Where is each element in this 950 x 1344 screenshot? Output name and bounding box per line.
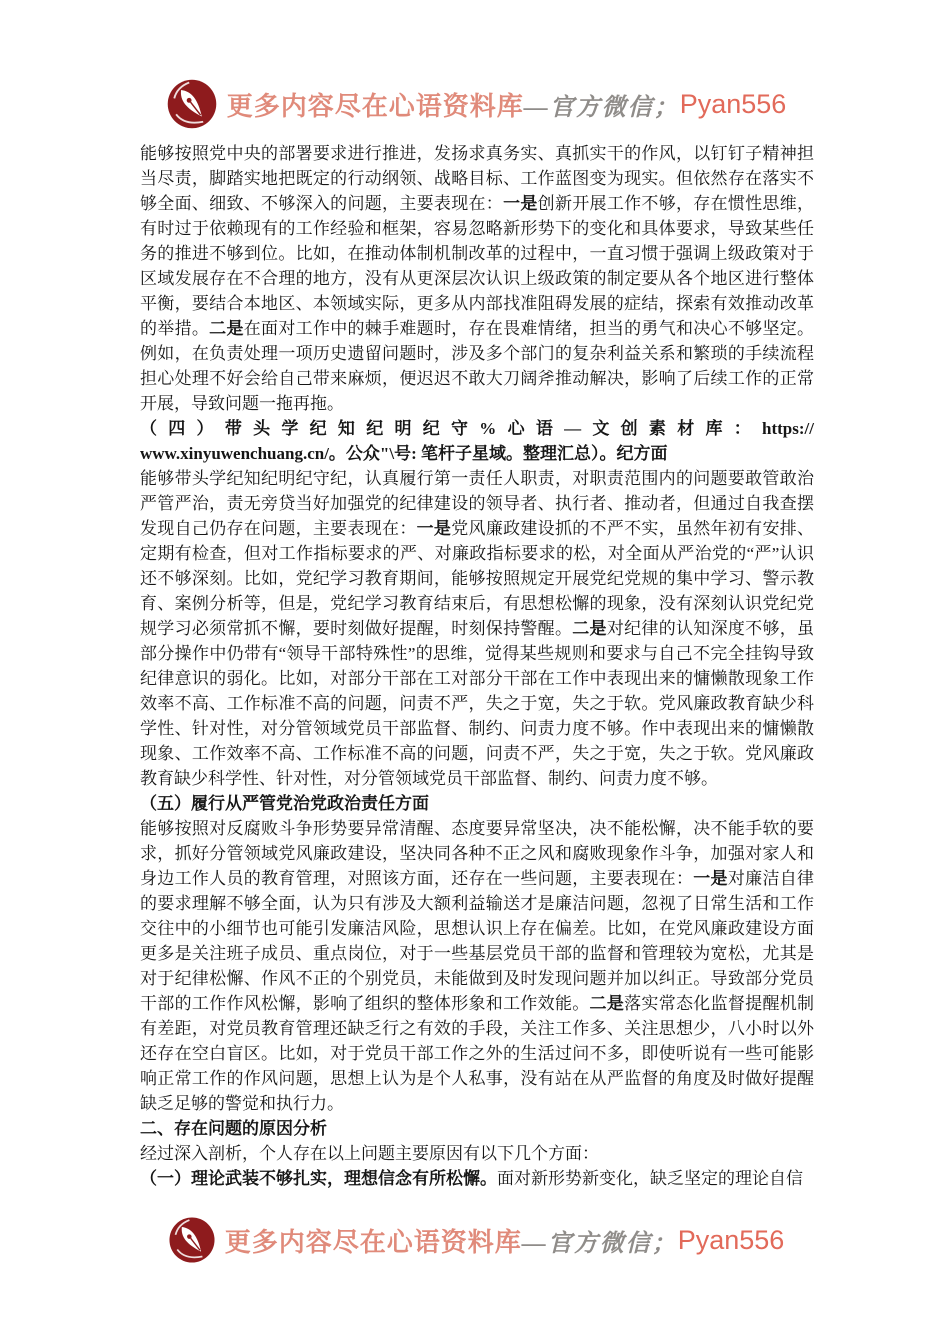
bold-run: 一是 bbox=[417, 519, 452, 538]
bold-run: 一是 bbox=[503, 194, 538, 213]
section-heading: （五）履行从严管党治党政治责任方面 bbox=[140, 791, 814, 816]
text-run: 对廉洁自律的要求理解不够全面，认为只有涉及大额利益输送才是廉洁问题，忽视了日常生… bbox=[140, 869, 814, 1013]
footer-watermark: 更多内容尽在心语资料库 —官方微信； Pyan556 bbox=[0, 1214, 950, 1266]
pen-nib-logo-icon bbox=[166, 1214, 218, 1266]
watermark-wechat-id: Pyan556 bbox=[678, 1225, 785, 1256]
watermark-channel-text: —官方微信； bbox=[524, 87, 680, 122]
header-watermark: 更多内容尽在心语资料库 —官方微信； Pyan556 bbox=[0, 76, 950, 132]
document-body: 能够按照党中央的部署要求进行推进，发扬求真务实、真抓实干的作风，以钉钉子精神担当… bbox=[140, 141, 814, 1191]
text-run: 经过深入剖析，个人存在以上问题主要原因有以下几个方面： bbox=[140, 1144, 599, 1163]
section-heading: 二、存在问题的原因分析 bbox=[140, 1116, 814, 1141]
watermark-text: 更多内容尽在心语资料库 bbox=[225, 1222, 522, 1259]
watermark-text: 更多内容尽在心语资料库 bbox=[227, 86, 524, 123]
section-heading-justified-line1: （四）带头学纪知纪明纪守%心语—文创素材库：https:// bbox=[140, 416, 814, 441]
paragraph: 能够按照对反腐败斗争形势要异常清醒、态度要异常坚决，决不能松懈，决不能手软的要求… bbox=[140, 816, 814, 1116]
document-page: { "watermark": { "logo": "pen-nib-logo",… bbox=[0, 0, 950, 1344]
bold-run: 二是 bbox=[572, 619, 607, 638]
bold-run: 二是 bbox=[209, 319, 244, 338]
pen-nib-logo-icon bbox=[164, 76, 220, 132]
bold-run: 二是 bbox=[590, 994, 625, 1013]
text-run: 对纪律的认知深度不够，虽部分操作中仍带有“领导干部特殊性”的思维，觉得某些规则和… bbox=[140, 619, 814, 788]
paragraph: 能够按照党中央的部署要求进行推进，发扬求真务实、真抓实干的作风，以钉钉子精神担当… bbox=[140, 141, 814, 416]
bold-run: （一）理论武装不够扎实，理想信念有所松懈。 bbox=[140, 1169, 497, 1188]
bold-run: 一是 bbox=[693, 869, 728, 888]
paragraph: 能够带头学纪知纪明纪守纪，认真履行第一责任人职责，对职责范围内的问题要敢管敢治严… bbox=[140, 466, 814, 791]
watermark-wechat-id: Pyan556 bbox=[680, 89, 787, 120]
text-run: 创新开展工作不够，存在惯性思维，有时过于依赖现有的工作经验和框架，容易忽略新形势… bbox=[140, 194, 814, 338]
paragraph: （一）理论武装不够扎实，理想信念有所松懈。面对新形势新变化，缺乏坚定的理论自信 bbox=[140, 1166, 814, 1191]
watermark-channel-text: —官方微信； bbox=[522, 1223, 678, 1258]
text-run: 面对新形势新变化，缺乏坚定的理论自信 bbox=[497, 1169, 803, 1188]
section-heading-justified-line2: www.xinyuwenchuang.cn/。公众"\号: 笔杆子星域。整理汇总… bbox=[140, 441, 814, 466]
paragraph: 经过深入剖析，个人存在以上问题主要原因有以下几个方面： bbox=[140, 1141, 814, 1166]
